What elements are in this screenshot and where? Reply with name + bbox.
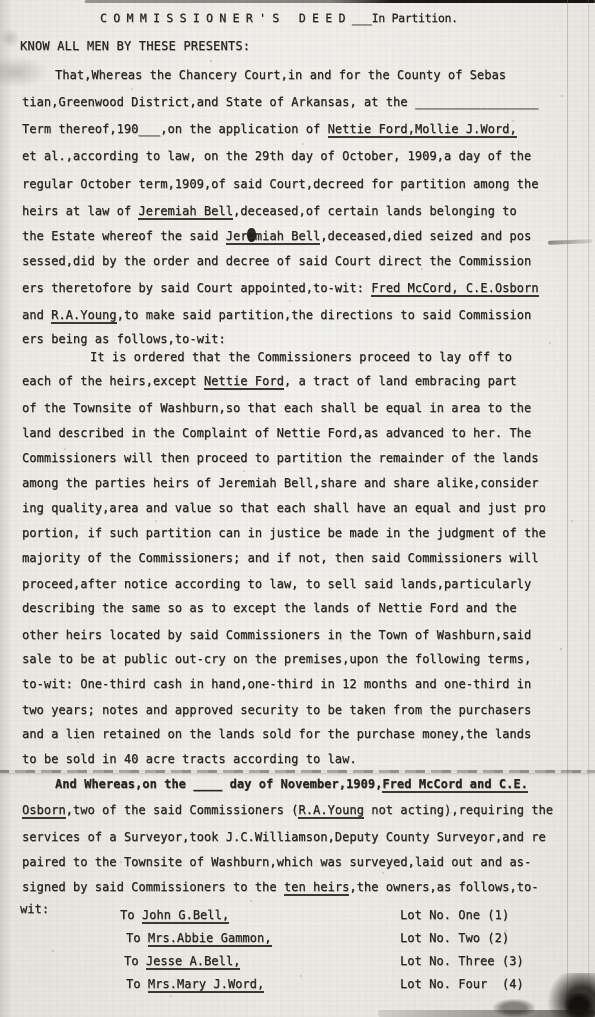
text-segment: services of a Surveyor,took J.C.Williams… xyxy=(22,830,546,844)
heir-lot-cell: Lot No. One (1) xyxy=(400,908,509,922)
document-line: et al.,according to law, on the 29th day… xyxy=(22,149,531,163)
scan-artifact-left-smudge xyxy=(0,28,20,48)
underlined-heir-name: Mrs.Mary J.Word, xyxy=(148,977,264,993)
scan-artifact-corner-stain xyxy=(543,973,595,1017)
text-segment: ers being as follows,to-wit: xyxy=(22,332,226,346)
heir-lot-cell: Lot No. Two (2) xyxy=(400,931,509,945)
text-segment: ,deceased,of certain lands belonging to xyxy=(233,204,517,218)
document-line: sale to be at public out-cry on the prem… xyxy=(22,652,531,666)
document-line: proceed,after notice according to law, t… xyxy=(22,577,531,591)
text-segment: tian,Greenwood District,and State of Ark… xyxy=(22,95,415,109)
text-segment: ,two of the said Commissioners ( xyxy=(66,803,299,817)
text-segment: C O M M I S S I O N E R ' S D E E D xyxy=(100,11,352,25)
heir-name-cell: To Mrs.Mary J.Word, xyxy=(126,977,264,991)
text-segment: describing the same so as to except the … xyxy=(22,601,517,615)
document-line: sessed,did by the order and decree of sa… xyxy=(22,254,531,268)
text-segment: heirs at law of xyxy=(22,204,138,218)
text-segment: ,on the application of xyxy=(160,122,327,136)
text-segment: proceed,after notice according to law, t… xyxy=(22,577,531,591)
underlined-heir-name: John G.Bell, xyxy=(142,908,229,924)
document-line: tian,Greenwood District,and State of Ark… xyxy=(22,95,539,109)
text-segment: ers theretofore by said Court appointed,… xyxy=(22,281,371,295)
document-line: portion, if such partition can in justic… xyxy=(22,526,546,540)
document-line: C O M M I S S I O N E R ' S D E E D ___I… xyxy=(100,11,458,25)
text-segment: and xyxy=(22,308,51,322)
scanned-document-page: C O M M I S S I O N E R ' S D E E D ___I… xyxy=(0,0,595,1017)
text-segment: land described in the Complaint of Netti… xyxy=(22,426,531,440)
document-line: of the Townsite of Washburn,so that each… xyxy=(22,401,531,415)
underlined-heir-name: Mrs.Abbie Gammon, xyxy=(148,931,272,947)
document-line: and a lien retained on the lands sold fo… xyxy=(22,727,531,741)
document-line: to be sold in 40 acre tracts according t… xyxy=(22,752,357,766)
document-line: land described in the Complaint of Netti… xyxy=(22,426,531,440)
document-line: and R.A.Young,to make said partition,the… xyxy=(22,308,531,322)
text-segment: To xyxy=(120,908,142,922)
text-segment: wit: xyxy=(20,902,49,916)
text-segment: two years; notes and approved security t… xyxy=(22,703,531,717)
text-segment: and a lien retained on the lands sold fo… xyxy=(22,727,531,741)
text-segment: signed by said Commissioners to the xyxy=(22,880,284,894)
text-segment: Term thereof,190 xyxy=(22,122,138,136)
scan-artifact-left-edge-shading xyxy=(0,0,12,1017)
document-line: Commissioners will then proceed to parti… xyxy=(22,451,539,465)
text-segment: ___ xyxy=(138,122,160,136)
scan-artifact-margin-mark xyxy=(548,239,592,245)
text-segment: other heirs located by said Commissioner… xyxy=(22,628,531,642)
text-segment: each of the heirs,except xyxy=(22,374,204,388)
text-segment: sale to be at public out-cry on the prem… xyxy=(22,652,531,666)
underlined-text: Nettie Ford xyxy=(204,374,284,390)
text-segment: to-wit: One-third cash in hand,one-third… xyxy=(22,677,531,691)
document-line: heirs at law of Jeremiah Bell,deceased,o… xyxy=(22,204,517,218)
underlined-text: ten heirs xyxy=(284,880,349,896)
document-line: And Whereas,on the ____ day of November,… xyxy=(55,777,528,791)
scan-artifact-vertical-fold xyxy=(588,0,589,1017)
document-line: other heirs located by said Commissioner… xyxy=(22,628,531,642)
heir-lot-cell: Lot No. Three (3) xyxy=(400,954,524,968)
text-segment: ___ xyxy=(352,11,372,25)
document-line: ing quality,area and value so that each … xyxy=(22,501,546,515)
text-segment: of the Townsite of Washburn,so that each… xyxy=(22,401,531,415)
document-line: KNOW ALL MEN BY THESE PRESENTS: xyxy=(20,39,250,53)
text-segment: KNOW ALL MEN BY THESE PRESENTS: xyxy=(20,39,250,53)
text-segment: To xyxy=(124,954,146,968)
document-line: each of the heirs,except Nettie Ford, a … xyxy=(22,374,517,388)
underlined-text: Jeremiah Bell xyxy=(138,204,233,220)
text-segment: the Estate whereof the said xyxy=(22,229,226,243)
document-line: majority of the Commissioners; and if no… xyxy=(22,551,539,565)
text-segment: It is ordered that the Commissioners pro… xyxy=(90,350,512,364)
scan-artifact-corner-stain xyxy=(563,993,595,1017)
document-line: It is ordered that the Commissioners pro… xyxy=(90,350,512,364)
heir-lot-cell: Lot No. Four (4) xyxy=(400,977,524,991)
document-line: to-wit: One-third cash in hand,one-third… xyxy=(22,677,531,691)
text-segment: And Whereas,on the xyxy=(55,777,193,791)
text-segment: , a tract of land embracing part xyxy=(284,374,517,388)
document-line: Term thereof,190___,on the application o… xyxy=(22,122,517,136)
text-segment: In Partition. xyxy=(372,11,458,25)
text-segment: ____ xyxy=(193,777,222,791)
scan-artifact-left-smudge xyxy=(0,56,48,88)
heir-name-cell: To Mrs.Abbie Gammon, xyxy=(126,931,272,945)
document-line: two years; notes and approved security t… xyxy=(22,703,531,717)
document-line: describing the same so as to except the … xyxy=(22,601,517,615)
underlined-text: Fred McCord, C.E.Osborn xyxy=(371,281,538,297)
document-line: signed by said Commissioners to the ten … xyxy=(22,880,539,894)
text-segment: portion, if such partition can in justic… xyxy=(22,526,546,540)
text-segment: among the parties heirs of Jeremiah Bell… xyxy=(22,476,539,490)
text-segment: sessed,did by the order and decree of sa… xyxy=(22,254,531,268)
text-segment: ing quality,area and value so that each … xyxy=(22,501,546,515)
document-line: regular October term,1909,of said Court,… xyxy=(22,177,539,191)
text-segment: ,the owners,as follows,to- xyxy=(349,880,538,894)
underlined-text: R.A.Young xyxy=(298,803,363,819)
underlined-text: Fred McCord and C.E. xyxy=(382,777,528,793)
text-segment: ,deceased,died seized and pos xyxy=(320,229,531,243)
text-segment: regular October term,1909,of said Court,… xyxy=(22,177,539,191)
text-segment: not acting),requiring the xyxy=(364,803,553,817)
document-line: That,Whereas the Chancery Court,in and f… xyxy=(55,68,506,82)
text-segment: To xyxy=(126,977,148,991)
text-segment: et al.,according to law, on the 29th day… xyxy=(22,149,531,163)
document-line: paired to the Townsite of Washburn,which… xyxy=(22,855,531,869)
underlined-text: Osborn xyxy=(22,803,66,819)
document-line: ers being as follows,to-wit: xyxy=(22,332,226,346)
text-segment: To xyxy=(126,931,148,945)
document-line: services of a Surveyor,took J.C.Williams… xyxy=(22,830,546,844)
underlined-text: Jeremiah Bell xyxy=(226,229,321,245)
underlined-text: Nettie Ford,Mollie J.Word, xyxy=(328,122,517,138)
text-segment: Commissioners will then proceed to parti… xyxy=(22,451,539,465)
scan-artifact-fold-crease xyxy=(0,770,595,773)
underlined-text: R.A.Young xyxy=(51,308,116,324)
document-line: wit: xyxy=(20,902,49,916)
heir-name-cell: To Jesse A.Bell, xyxy=(124,954,240,968)
scan-artifact-vertical-fold xyxy=(567,0,568,1017)
text-segment: majority of the Commissioners; and if no… xyxy=(22,551,539,565)
text-segment: paired to the Townsite of Washburn,which… xyxy=(22,855,531,869)
heir-name-cell: To John G.Bell, xyxy=(120,908,229,922)
scan-artifact-top-edge-line xyxy=(85,0,595,3)
document-line: among the parties heirs of Jeremiah Bell… xyxy=(22,476,539,490)
document-line: the Estate whereof the said Jeremiah Bel… xyxy=(22,229,531,243)
underlined-heir-name: Jesse A.Bell, xyxy=(146,954,241,970)
document-line: ers theretofore by said Court appointed,… xyxy=(22,281,539,295)
text-segment: to be sold in 40 acre tracts according t… xyxy=(22,752,357,766)
scan-artifact-speckles xyxy=(0,0,2,2)
scan-artifact-bottom-smudge xyxy=(378,1010,595,1017)
document-line: Osborn,two of the said Commissioners (R.… xyxy=(22,803,553,817)
text-segment: _________________ xyxy=(415,95,539,109)
text-segment: day of November,1909, xyxy=(222,777,382,791)
text-segment: That,Whereas the Chancery Court,in and f… xyxy=(55,68,506,82)
text-segment: ,to make said partition,the directions t… xyxy=(117,308,532,322)
scan-artifact-corner-stain xyxy=(493,999,535,1017)
